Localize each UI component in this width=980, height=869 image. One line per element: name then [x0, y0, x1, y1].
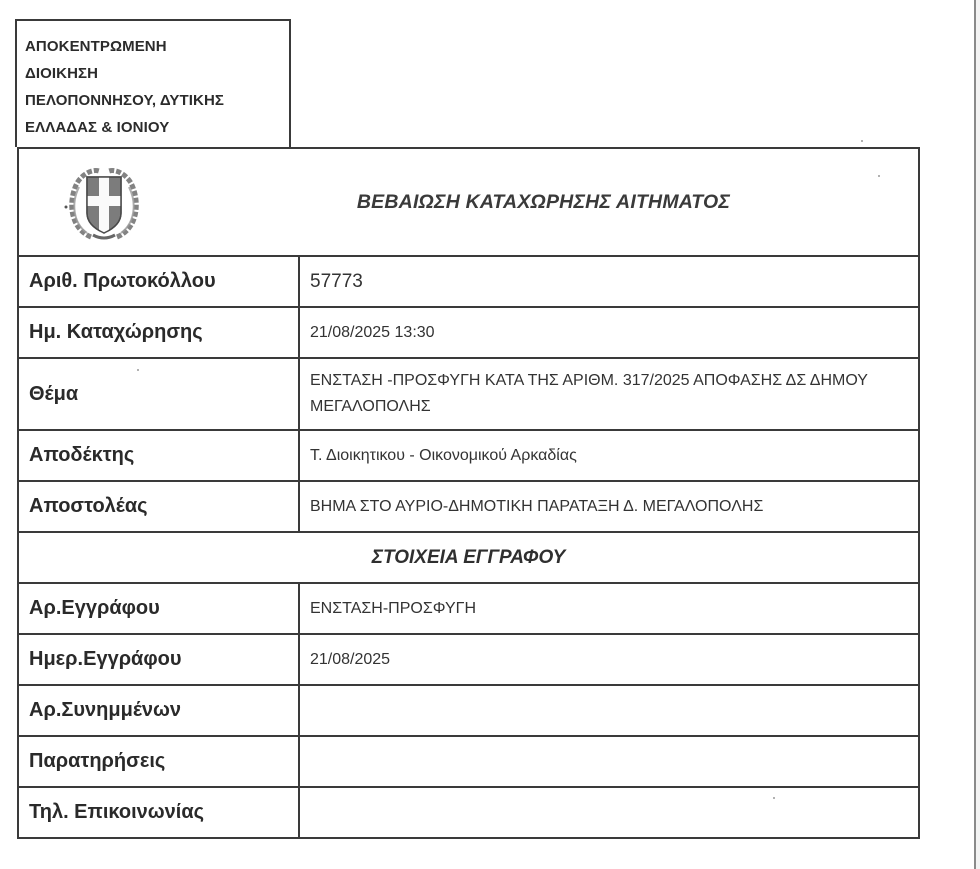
recipient-value: Τ. Διοικητικου - Οικονομικού Αρκαδίας — [310, 447, 577, 464]
registration-date-label: Ημ. Καταχώρησης — [29, 321, 203, 343]
authority-line-4: ΕΛΛΑΔΑΣ & ΙΟΝΙΟΥ — [25, 114, 281, 141]
document-number-value: ΕΝΣΤΑΣΗ-ΠΡΟΣΦΥΓΗ — [310, 600, 476, 617]
table-row: Αριθ. Πρωτοκόλλου 57773 — [18, 256, 919, 307]
table-row: Παρατηρήσεις — [18, 736, 919, 787]
registration-date-value: 21/08/2025 13:30 — [310, 324, 435, 341]
document-details-heading: ΣΤΟΙΧΕΙΑ ΕΓΓΡΑΦΟΥ — [18, 532, 919, 583]
row-value: 21/08/2025 — [299, 634, 919, 685]
table-row: Ημερ.Εγγράφου 21/08/2025 — [18, 634, 919, 685]
certificate-title-cell: ΒΕΒΑΙΩΣΗ ΚΑΤΑΧΩΡΗΣΗΣ ΑΙΤΗΜΑΤΟΣ — [18, 148, 919, 256]
protocol-number-label: Αριθ. Πρωτοκόλλου — [29, 270, 216, 292]
row-value: ΕΝΣΤΑΣΗ -ΠΡΟΣΦΥΓΗ ΚΑΤΑ ΤΗΣ ΑΡΙΘΜ. 317/20… — [299, 358, 919, 430]
table-row: Θέμα ΕΝΣΤΑΣΗ -ΠΡΟΣΦΥΓΗ ΚΑΤΑ ΤΗΣ ΑΡΙΘΜ. 3… — [18, 358, 919, 430]
table-row: Τηλ. Επικοινωνίας — [18, 787, 919, 838]
scanned-page-shadow — [976, 0, 980, 869]
row-value — [299, 736, 919, 787]
row-value: ΕΝΣΤΑΣΗ-ΠΡΟΣΦΥΓΗ — [299, 583, 919, 634]
row-value: Τ. Διοικητικου - Οικονομικού Αρκαδίας — [299, 430, 919, 481]
document-number-label: Αρ.Εγγράφου — [29, 597, 160, 619]
row-value: ΒΗΜΑ ΣΤΟ ΑΥΡΙΟ-ΔΗΜΟΤΙΚΗ ΠΑΡΑΤΑΞΗ Δ. ΜΕΓΑ… — [299, 481, 919, 532]
certificate-title-row: ΒΕΒΑΙΩΣΗ ΚΑΤΑΧΩΡΗΣΗΣ ΑΙΤΗΜΑΤΟΣ — [18, 148, 919, 256]
scan-speck — [137, 369, 139, 371]
issuing-authority-box: ΑΠΟΚΕΝΤΡΩΜΕΝΗ ΔΙΟΙΚΗΣΗ ΠΕΛΟΠΟΝΝΗΣΟΥ, ΔΥΤ… — [15, 19, 291, 147]
row-value — [299, 685, 919, 736]
row-label: Αποστολέας — [18, 481, 299, 532]
sender-value: ΒΗΜΑ ΣΤΟ ΑΥΡΙΟ-ΔΗΜΟΤΙΚΗ ΠΑΡΑΤΑΞΗ Δ. ΜΕΓΑ… — [310, 498, 763, 515]
sender-label: Αποστολέας — [29, 495, 148, 517]
row-value — [299, 787, 919, 838]
scan-speck — [861, 140, 863, 142]
table-row: Αρ.Συνημμένων — [18, 685, 919, 736]
scan-speck — [773, 797, 775, 799]
registration-certificate-table: ΒΕΒΑΙΩΣΗ ΚΑΤΑΧΩΡΗΣΗΣ ΑΙΤΗΜΑΤΟΣ Αριθ. Πρω… — [17, 147, 920, 839]
recipient-label: Αποδέκτης — [29, 444, 134, 466]
document-date-value: 21/08/2025 — [310, 651, 390, 668]
row-value: 57773 — [299, 256, 919, 307]
greek-coat-of-arms-icon — [63, 163, 145, 243]
table-row: Ημ. Καταχώρησης 21/08/2025 13:30 — [18, 307, 919, 358]
row-label: Ημ. Καταχώρησης — [18, 307, 299, 358]
row-label: Αριθ. Πρωτοκόλλου — [18, 256, 299, 307]
protocol-number-value: 57773 — [310, 271, 363, 292]
table-row: Αρ.Εγγράφου ΕΝΣΤΑΣΗ-ΠΡΟΣΦΥΓΗ — [18, 583, 919, 634]
authority-line-1: ΑΠΟΚΕΝΤΡΩΜΕΝΗ — [25, 33, 281, 60]
row-label: Ημερ.Εγγράφου — [18, 634, 299, 685]
subject-label: Θέμα — [29, 383, 78, 405]
authority-line-2: ΔΙΟΙΚΗΣΗ — [25, 60, 281, 87]
row-value: 21/08/2025 13:30 — [299, 307, 919, 358]
attachments-count-label: Αρ.Συνημμένων — [29, 699, 181, 721]
table-row: Αποστολέας ΒΗΜΑ ΣΤΟ ΑΥΡΙΟ-ΔΗΜΟΤΙΚΗ ΠΑΡΑΤ… — [18, 481, 919, 532]
contact-phone-label: Τηλ. Επικοινωνίας — [29, 801, 204, 823]
section-heading-row: ΣΤΟΙΧΕΙΑ ΕΓΓΡΑΦΟΥ — [18, 532, 919, 583]
authority-line-3: ΠΕΛΟΠΟΝΝΗΣΟΥ, ΔΥΤΙΚΗΣ — [25, 87, 281, 114]
row-label: Αρ.Εγγράφου — [18, 583, 299, 634]
table-row: Αποδέκτης Τ. Διοικητικου - Οικονομικού Α… — [18, 430, 919, 481]
row-label: Αρ.Συνημμένων — [18, 685, 299, 736]
certificate-title: ΒΕΒΑΙΩΣΗ ΚΑΤΑΧΩΡΗΣΗΣ ΑΙΤΗΜΑΤΟΣ — [29, 191, 908, 214]
row-label: Θέμα — [18, 358, 299, 430]
subject-value: ΕΝΣΤΑΣΗ -ΠΡΟΣΦΥΓΗ ΚΑΤΑ ΤΗΣ ΑΡΙΘΜ. 317/20… — [310, 372, 868, 415]
scan-speck — [878, 175, 880, 177]
document-date-label: Ημερ.Εγγράφου — [29, 648, 182, 670]
row-label: Παρατηρήσεις — [18, 736, 299, 787]
row-label: Αποδέκτης — [18, 430, 299, 481]
remarks-label: Παρατηρήσεις — [29, 750, 165, 772]
row-label: Τηλ. Επικοινωνίας — [18, 787, 299, 838]
